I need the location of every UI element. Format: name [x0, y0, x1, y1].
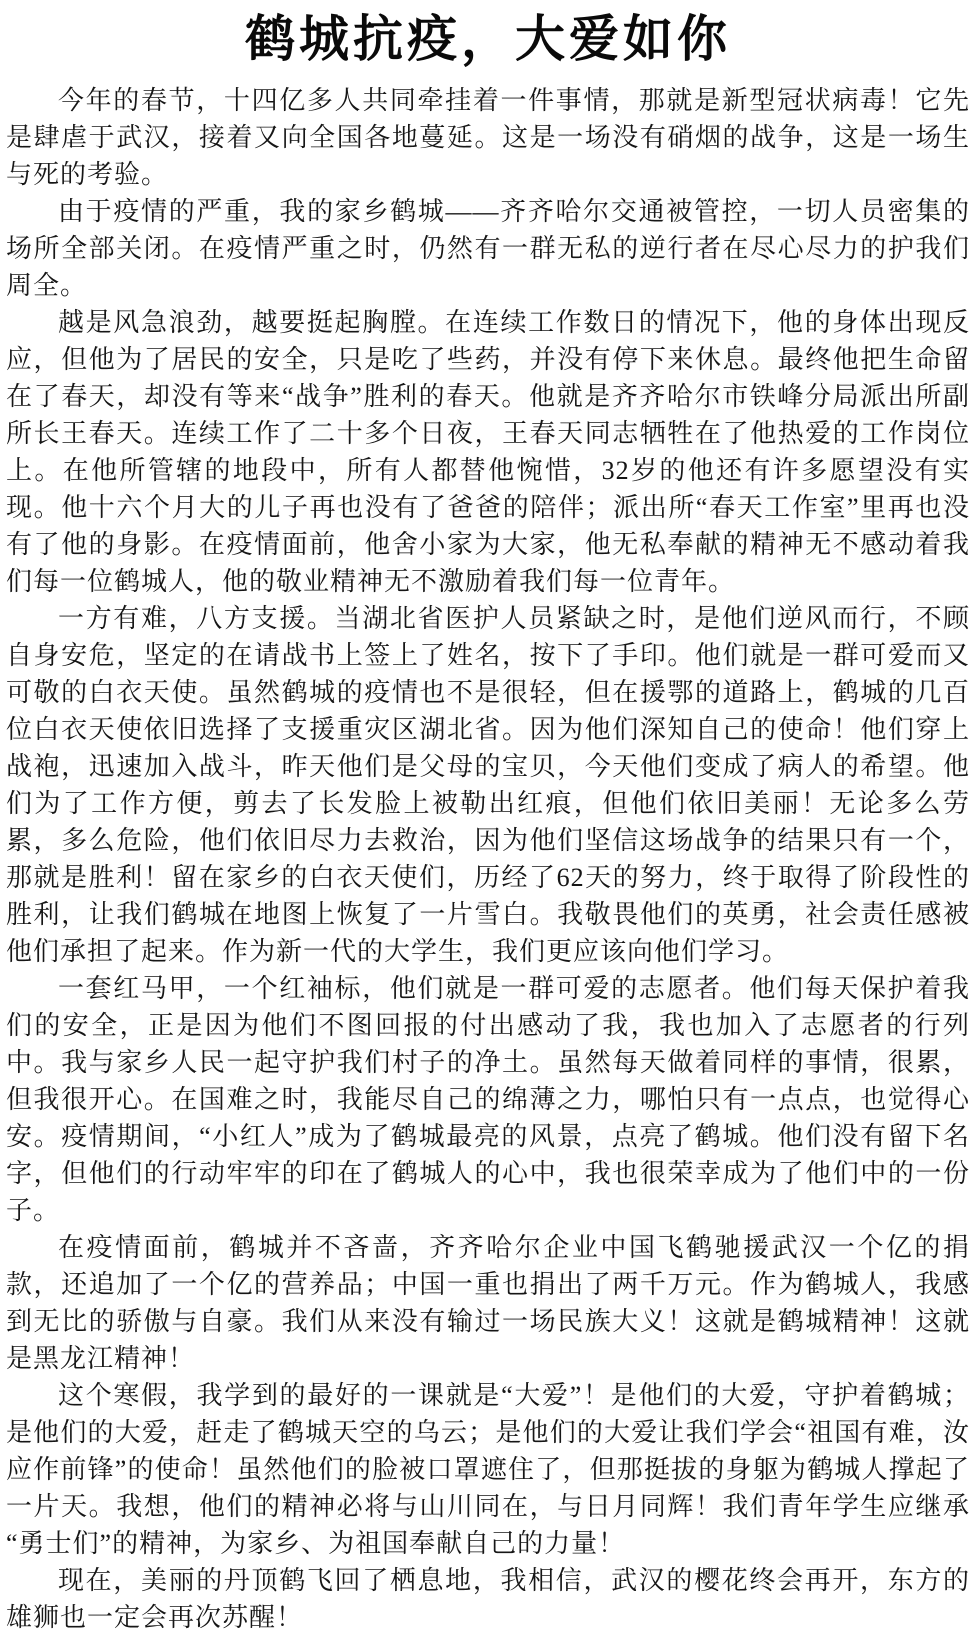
paragraph-donations: 在疫情面前，鹤城并不吝啬，齐齐哈尔企业中国飞鹤驰援武汉一个亿的捐款，还追加了一个…	[6, 1229, 970, 1377]
paragraph-volunteers: 一套红马甲，一个红袖标，他们就是一群可爱的志愿者。他们每天保护着我们的安全，正是…	[6, 970, 970, 1229]
essay-title: 鹤城抗疫，大爱如你	[6, 8, 970, 70]
paragraph-intro: 今年的春节，十四亿多人共同牵挂着一件事情，那就是新型冠状病毒！它先是肆虐于武汉，…	[6, 82, 970, 193]
essay-page: 鹤城抗疫，大爱如你 今年的春节，十四亿多人共同牵挂着一件事情，那就是新型冠状病毒…	[0, 0, 976, 1646]
paragraph-police-hero: 越是风急浪劲，越要挺起胸膛。在连续工作数日的情况下，他的身体出现反应，但他为了居…	[6, 304, 970, 600]
paragraph-medical-angels: 一方有难，八方支援。当湖北省医护人员紧缺之时，是他们逆风而行，不顾自身安危，坚定…	[6, 600, 970, 970]
paragraph-lockdown: 由于疫情的严重，我的家乡鹤城——齐齐哈尔交通被管控，一切人员密集的场所全部关闭。…	[6, 193, 970, 304]
essay-body: 今年的春节，十四亿多人共同牵挂着一件事情，那就是新型冠状病毒！它先是肆虐于武汉，…	[6, 82, 970, 1636]
paragraph-great-love: 这个寒假，我学到的最好的一课就是“大爱”！是他们的大爱，守护着鹤城；是他们的大爱…	[6, 1377, 970, 1562]
paragraph-closing: 现在，美丽的丹顶鹤飞回了栖息地，我相信，武汉的樱花终会再开，东方的雄狮也一定会再…	[6, 1562, 970, 1636]
